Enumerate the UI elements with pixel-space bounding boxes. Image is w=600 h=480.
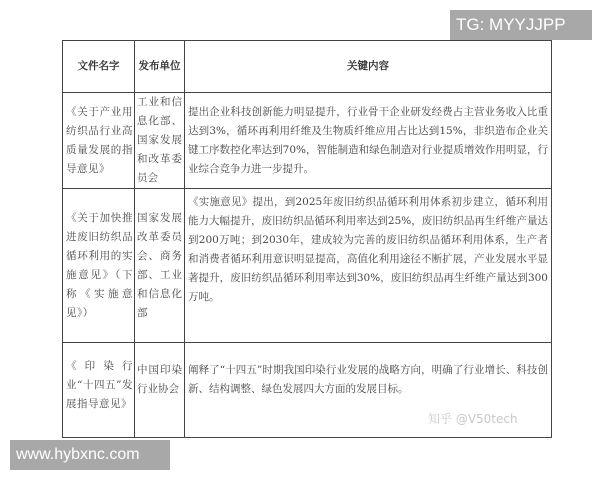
cell-key-content: 提出企业科技创新能力明显提升，行业骨干企业研发经费占主营业务收入比重达到3%，循… bbox=[185, 93, 552, 189]
cell-file-name: 《印染行业“十四五”发展指导意见》 bbox=[63, 343, 135, 438]
tg-banner: TG: MYYJJPP bbox=[450, 10, 592, 40]
cell-file-name: 《关于产业用纺织品行业高质量发展的指导意见》 bbox=[63, 93, 135, 189]
table-header-row: 文件名字 发布单位 关键内容 bbox=[63, 41, 552, 93]
table-row: 《关于产业用纺织品行业高质量发展的指导意见》 工业和信息化部、国家发展和改革委员… bbox=[63, 93, 552, 189]
cell-publisher: 工业和信息化部、国家发展和改革委员会 bbox=[135, 93, 185, 189]
policy-table: 文件名字 发布单位 关键内容 《关于产业用纺织品行业高质量发展的指导意见》 工业… bbox=[62, 40, 552, 438]
cell-file-name: 《关于加快推进废旧纺织品循环利用的实施意见》（下称《实施意见》） bbox=[63, 189, 135, 343]
cell-publisher: 中国印染行业协会 bbox=[135, 343, 185, 438]
zhihu-watermark: 知乎 @V50tech bbox=[428, 410, 518, 427]
url-banner: www.hybxnc.com bbox=[10, 440, 170, 470]
cell-publisher: 国家发展改革委员会、商务部、工业和信息化部 bbox=[135, 189, 185, 343]
header-file-name: 文件名字 bbox=[63, 41, 135, 93]
table-row: 《关于加快推进废旧纺织品循环利用的实施意见》（下称《实施意见》） 国家发展改革委… bbox=[63, 189, 552, 343]
cell-key-content: 《实施意见》提出，到2025年废旧纺织品循环利用体系初步建立，循环利用能力大幅提… bbox=[185, 189, 552, 343]
header-publisher: 发布单位 bbox=[135, 41, 185, 93]
header-key-content: 关键内容 bbox=[185, 41, 552, 93]
